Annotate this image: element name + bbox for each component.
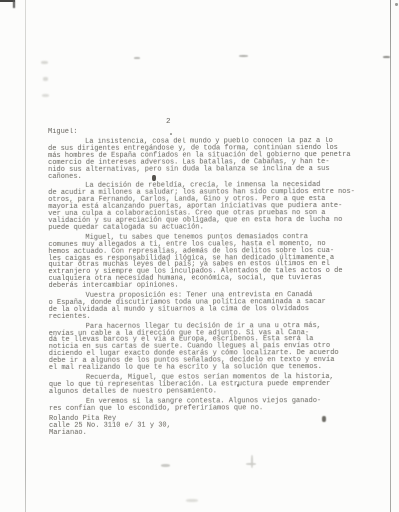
text-line: cañones. bbox=[48, 172, 361, 180]
scan-speck bbox=[161, 464, 170, 467]
scan-smudge bbox=[41, 61, 48, 64]
scan-speck bbox=[322, 416, 326, 422]
page-number: 2 bbox=[166, 119, 171, 126]
page-right-edge-line bbox=[390, 0, 391, 512]
paragraph: Recuerda, Miguel, que estos serían momen… bbox=[49, 374, 362, 396]
scan-speck bbox=[134, 57, 140, 59]
scan-speck bbox=[239, 55, 248, 57]
page-left-edge-line bbox=[25, 0, 26, 512]
paragraph: La decisión de rebeldía, crecía, le inme… bbox=[48, 182, 361, 231]
text-line: algunos detalles de nuestro pensamiento. bbox=[49, 388, 362, 396]
signature-block: Rolando Pita Rey calle 25 No. 3110 e/ 31… bbox=[49, 414, 362, 436]
scan-speck bbox=[186, 499, 198, 502]
scan-speck bbox=[395, 3, 398, 6]
scan-smudge bbox=[42, 94, 49, 97]
scan-smudge bbox=[43, 77, 48, 81]
scan-speck bbox=[152, 175, 156, 181]
scan-speck bbox=[246, 463, 256, 465]
paragraph: La insistencia, cosa del mundo y pueblo … bbox=[48, 138, 361, 181]
corner-registration-mark bbox=[13, 0, 15, 8]
text-line: el mal realizando lo que te ha escrito y… bbox=[49, 364, 362, 372]
scan-speck bbox=[251, 455, 253, 468]
paragraph: Vuestra proposición es: Tener una entrev… bbox=[49, 292, 362, 321]
salutation: Miguel: bbox=[48, 129, 77, 136]
text-line: deberás intercambiar opiniones. bbox=[49, 282, 362, 290]
scan-speck bbox=[237, 384, 239, 387]
signature-city: Marianao. bbox=[49, 429, 362, 437]
scanned-letter-page: 2 Miguel: La insistencia, cosa del mundo… bbox=[0, 0, 399, 512]
paragraph: Para hacernos llegar tu decisión de ir a… bbox=[49, 323, 362, 372]
text-line: res confían que lo escondido, preferiría… bbox=[49, 405, 362, 413]
paragraph: En veremos si la sangre contesta. Alguno… bbox=[49, 398, 362, 413]
text-line: recientes. bbox=[49, 313, 362, 321]
text-line: puede quedar catalogada su actuación. bbox=[48, 224, 361, 232]
scan-speck bbox=[383, 56, 390, 58]
paragraph: Miguel, tu sabes que tenemos puntos dema… bbox=[48, 234, 361, 290]
letter-body: La insistencia, cosa del mundo y pueblo … bbox=[48, 138, 362, 437]
text-line: nido sus alternativas, pero sin duda la … bbox=[48, 166, 361, 174]
scan-speck bbox=[170, 133, 172, 135]
